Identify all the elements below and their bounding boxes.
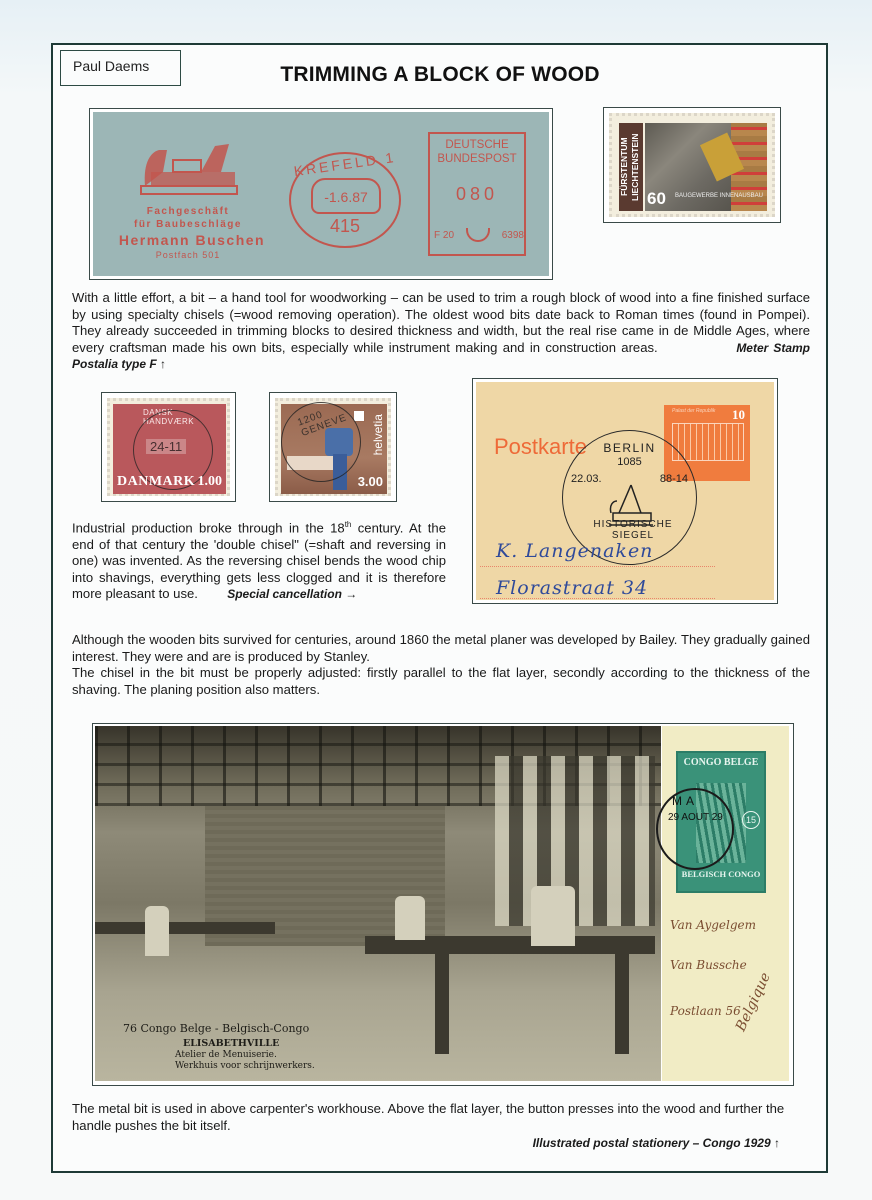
meter-postmark: KREFELD 1 -1.6.87 415 (289, 152, 401, 248)
cancel-ring-text: HISTORISCHE SIEGEL (583, 519, 683, 541)
workshop-photo: 76 Congo Belge - Belgisch-Congo ELISABET… (95, 726, 661, 1081)
paragraph-industrial-text-1: Industrial production broke through in t… (72, 520, 345, 535)
ch-cancel-text: 1200 GENEVE (296, 397, 362, 439)
congo-stamp-value: 15 (742, 811, 760, 829)
dk-stamp-face: DANSK HANDVÆRK 24-11 DANMARK 1.00 (113, 404, 226, 494)
meter-value-frame: DEUTSCHE BUNDESPOST 080 F 20 6398 (428, 132, 526, 256)
liechtenstein-stamp-mount: FÜRSTENTUM LIECHTENSTEIN 60 BAUGEWERBE I… (603, 107, 781, 223)
photo-caption-dutch: Werkhuis voor schrijnwerkers. (175, 1061, 315, 1072)
liechtenstein-stamp: FÜRSTENTUM LIECHTENSTEIN 60 BAUGEWERBE I… (607, 111, 777, 219)
page-title: TRIMMING A BLOCK OF WOOD (200, 63, 680, 87)
denmark-stamp: DANSK HANDVÆRK 24-11 DANMARK 1.00 (105, 396, 232, 498)
congo-stamp-footer: BELGISCH CONGO (678, 869, 764, 879)
paragraph-metal-planer-line2: The chisel in the bit must be properly a… (72, 665, 810, 698)
congo-address-country: Belgique (733, 970, 774, 1034)
dk-cancel-date: 24-11 (146, 439, 186, 454)
photo-caption-title: 76 Congo Belge - Belgisch-Congo (123, 1022, 309, 1035)
switzerland-stamp: helvetia 3.00 1200 GENEVE (273, 396, 393, 498)
paragraph-workhouse: The metal bit is used in above carpenter… (72, 1101, 792, 1134)
congo-postal-stationery-mount: 76 Congo Belge - Belgisch-Congo ELISABET… (92, 723, 794, 1086)
ch-country: helvetia (371, 414, 385, 455)
cancel-zip: 1085 (563, 456, 696, 468)
congo-address-line: Van Bussche (670, 958, 747, 972)
photo-caption-desc: Atelier de Menuiserie. Werkhuis voor sch… (175, 1050, 315, 1072)
meter-company-name: Hermann Buschen (97, 232, 287, 248)
carpenter-figure (395, 896, 425, 940)
cancel-city: BERLIN (563, 441, 696, 455)
address-line-1: K. Langenaken (496, 540, 653, 562)
dk-value: 1.00 (198, 474, 223, 490)
photo-caption-city: ELISABETHVILLE (183, 1038, 279, 1049)
paragraph-industrial: Industrial production broke through in t… (72, 517, 446, 603)
meter-serial: F 20 6398 (434, 228, 524, 242)
meter-company-line1: Fachgeschäft (113, 206, 263, 217)
congo-address-line: Postlaan 56 (670, 1004, 741, 1018)
meter-machine-number: 6398 (502, 230, 524, 241)
meter-date: -1.6.87 (311, 178, 381, 214)
switzerland-stamp-mount: helvetia 3.00 1200 GENEVE (269, 392, 397, 502)
meter-postcode: 415 (291, 216, 399, 237)
li-country: FÜRSTENTUM LIECHTENSTEIN (619, 123, 643, 211)
carpenter-figure (531, 886, 575, 946)
congo-cancel-date: 29 AOUT 29 (668, 812, 723, 823)
posthorn-icon (466, 228, 490, 242)
meter-machine-prefix: F 20 (434, 230, 454, 241)
paragraph-metal-planer-line1: Although the wooden bits survived for ce… (72, 632, 810, 665)
congo-card-address-side: CONGO BELGE 15 BELGISCH CONGO MA 29 AOUT… (662, 726, 789, 1081)
workshop-windows (495, 756, 655, 926)
paragraph-intro-text: With a little effort, a bit – a hand too… (72, 290, 810, 355)
li-caption: BAUGEWERBE INNENAUSBAU (675, 193, 763, 200)
special-cancellation-caption: Special cancellation → (227, 587, 357, 601)
author-box: Paul Daems (60, 50, 181, 86)
cancel-time: 88-14 (660, 473, 688, 485)
meter-stamp: Fachgeschäft für Baubeschläge Hermann Bu… (93, 112, 549, 276)
cancel-date: 22.03. (571, 473, 602, 485)
wood-plane-icon (137, 142, 241, 200)
congo-caption: Illustrated postal stationery – Congo 19… (480, 1135, 780, 1152)
congo-stamp-header: CONGO BELGE (678, 757, 764, 769)
paragraph-workhouse-text: The metal bit is used in above carpenter… (72, 1101, 784, 1133)
postcard-berlin: Postkarte Palast der Republik 10 BERLIN … (476, 382, 774, 600)
workbench-leg (615, 954, 629, 1054)
congo-cancellation: MA 29 AOUT 29 (656, 788, 734, 870)
paragraph-metal-planer: Although the wooden bits survived for ce… (72, 632, 810, 698)
postcard-mount: Postkarte Palast der Republik 10 BERLIN … (472, 378, 778, 604)
photo-caption-french: Atelier de Menuiserie. (175, 1050, 315, 1061)
ch-value: 3.00 (358, 474, 383, 489)
meter-company-line2: für Baubeschläge (113, 219, 263, 230)
congo-cancel-place: MA (672, 794, 698, 808)
postcard-stamp-caption: Palast der Republik (672, 408, 715, 414)
meter-stamp-mount: Fachgeschäft für Baubeschläge Hermann Bu… (89, 108, 553, 280)
author-name: Paul Daems (73, 58, 149, 74)
ch-stamp-face: helvetia 3.00 1200 GENEVE (281, 404, 387, 494)
workbench-leg (435, 954, 449, 1054)
li-value: 60 (647, 189, 666, 209)
paragraph-intro: With a little effort, a bit – a hand too… (72, 290, 810, 373)
ch-cancellation: 1200 GENEVE (281, 402, 361, 482)
address-line-2: Florastraat 34 (496, 577, 648, 599)
meter-city: KREFELD 1 (290, 149, 399, 180)
workbench (95, 922, 275, 934)
meter-company-address: Postfach 501 (113, 250, 263, 260)
dk-country: DANMARK (117, 474, 195, 490)
congo-address-line: Van Aygelgem (670, 918, 756, 932)
carpenter-figure (145, 906, 169, 956)
meter-country: DEUTSCHE BUNDESPOST (430, 138, 524, 166)
address-line-rule (480, 566, 715, 567)
meter-value: 080 (430, 184, 524, 205)
postcard-stamp-value: 10 (732, 407, 745, 423)
denmark-stamp-mount: DANSK HANDVÆRK 24-11 DANMARK 1.00 (101, 392, 236, 502)
